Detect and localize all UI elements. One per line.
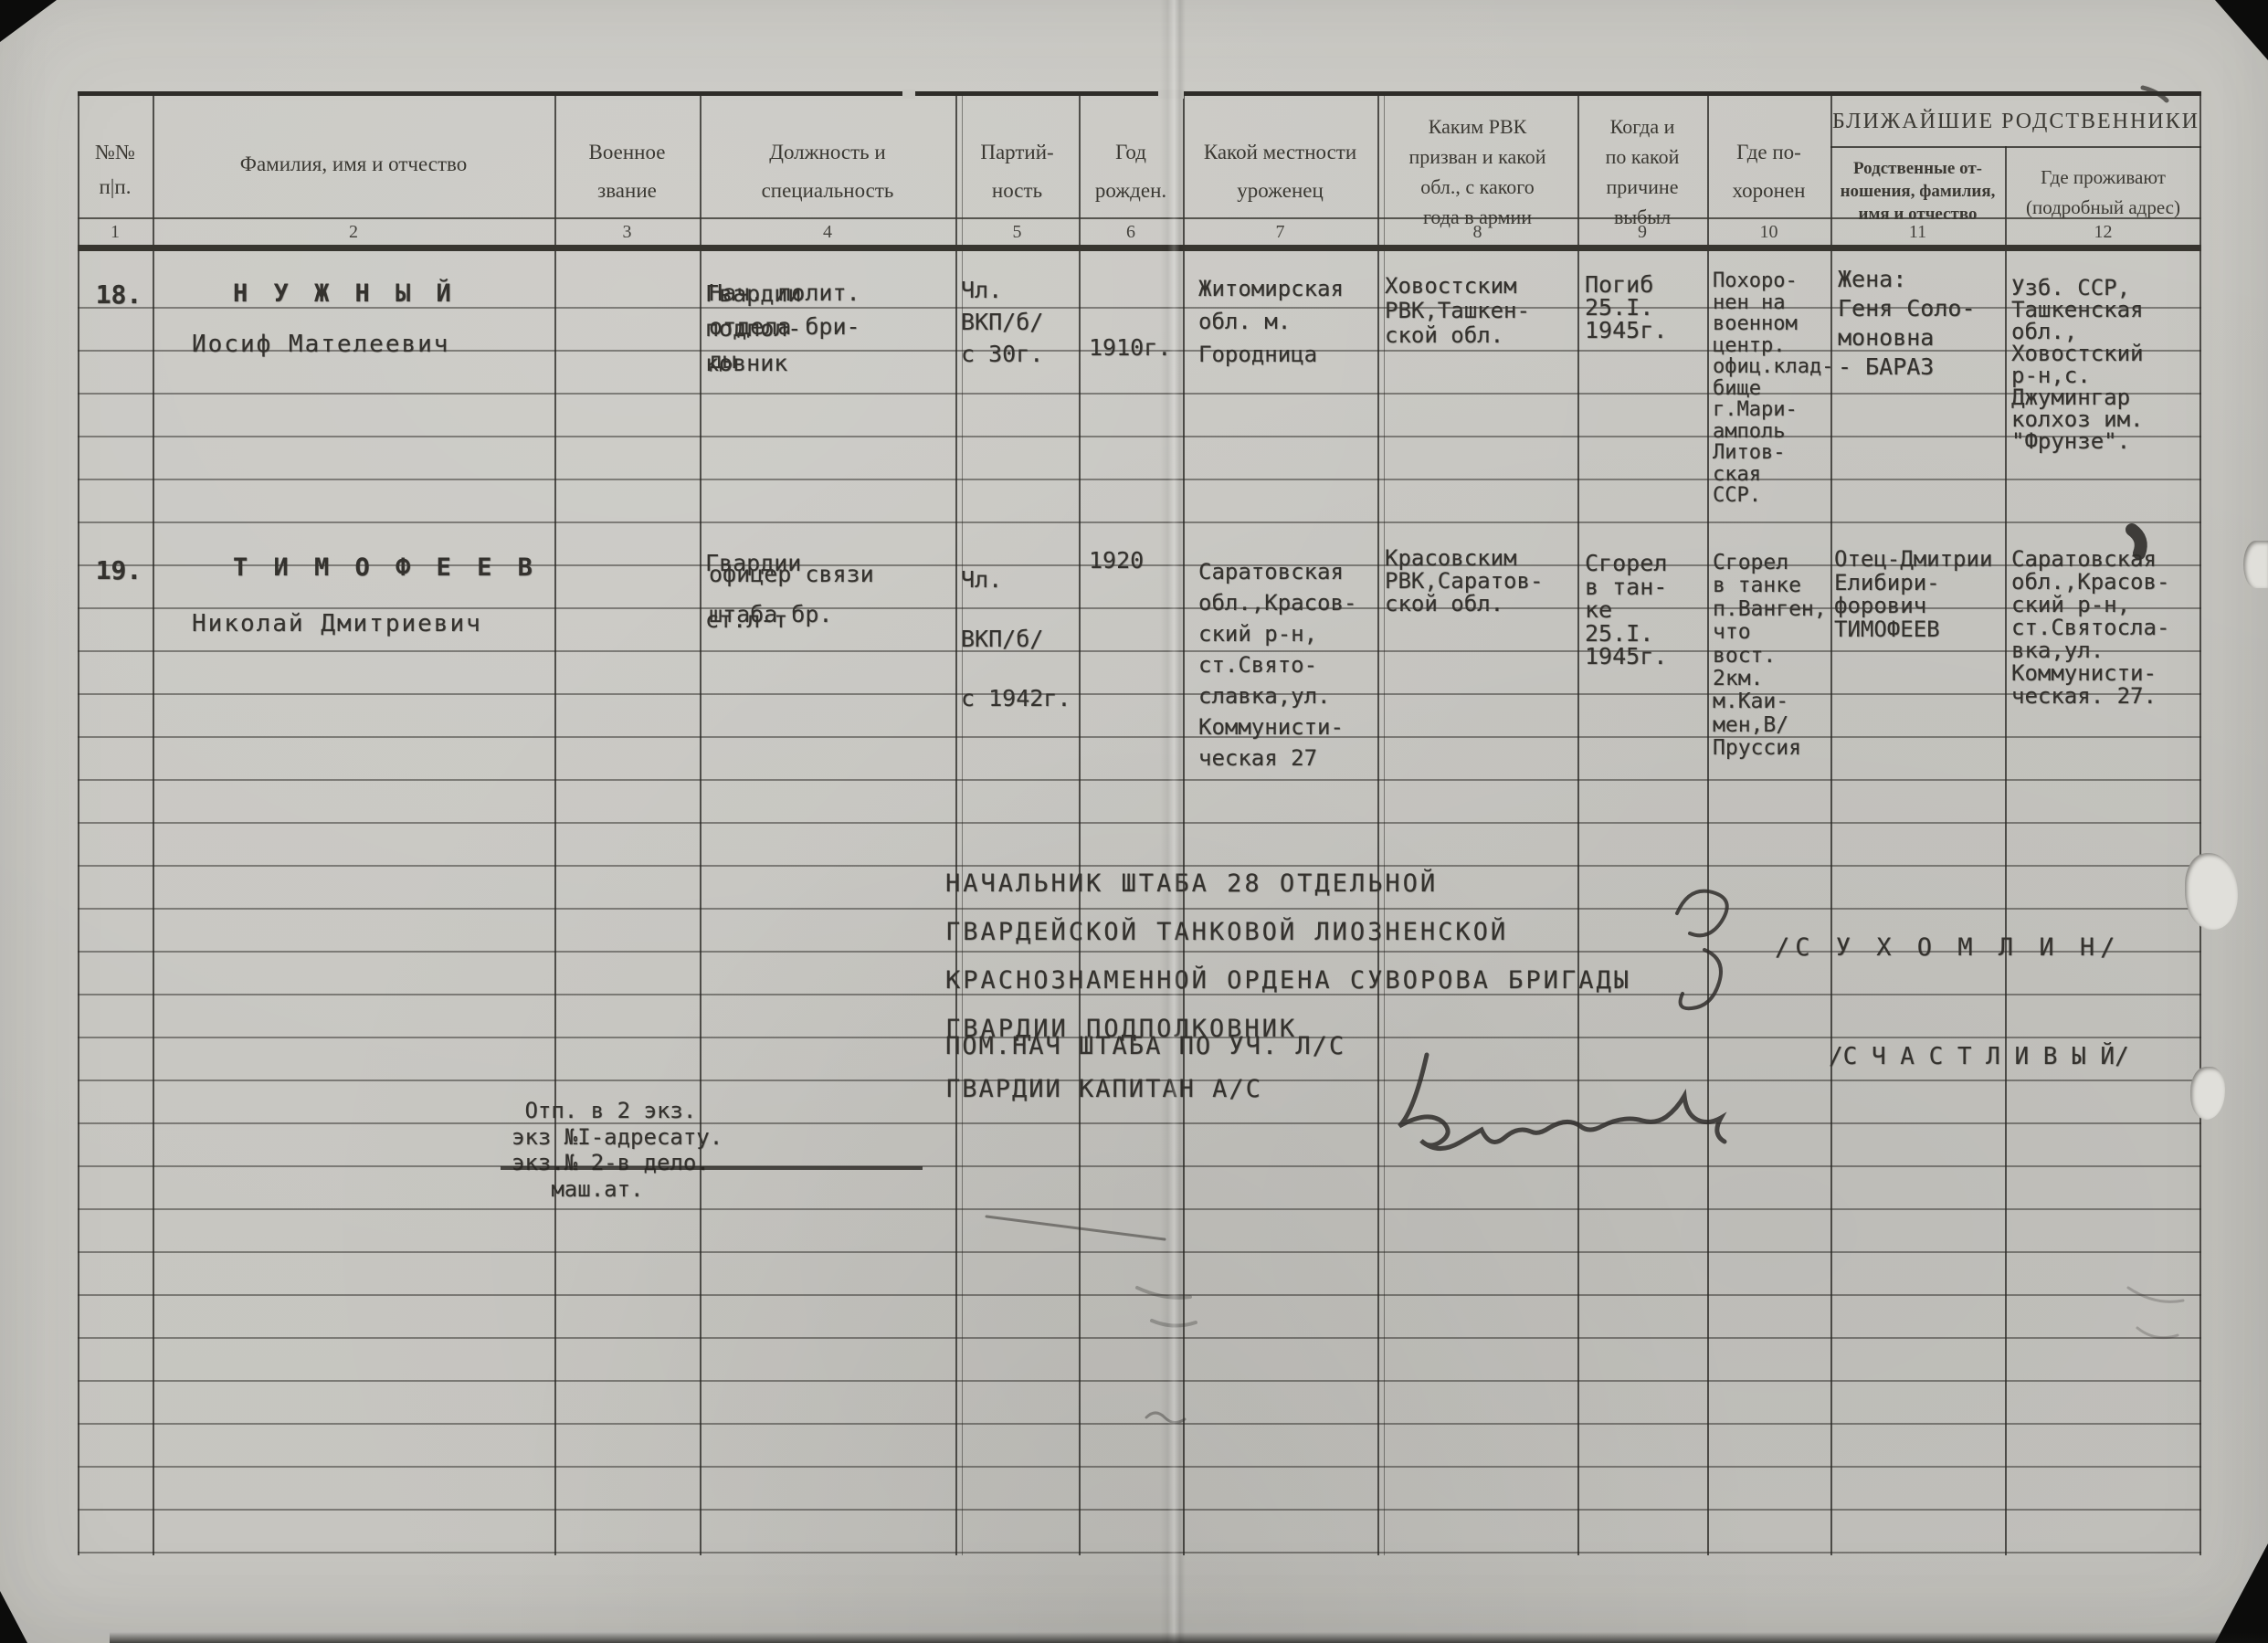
column-divider [955, 92, 957, 1555]
relatives-group-underline [1830, 146, 2201, 148]
signature-name-sukhomlin: /С У Х О М Л И Н/ [1775, 933, 2120, 962]
column-number: 9 [1577, 222, 1707, 243]
copies-note: Отп. в 2 экз. экз №I-адресату. экз.№ 2-в… [512, 1098, 723, 1202]
row-number: 18. [87, 279, 151, 310]
col-header-party: Партий- ность [955, 133, 1079, 210]
paper-crease [1160, 0, 1186, 1643]
position: офицер связи штаба бр. [709, 554, 874, 635]
scan-corner-shadow [2215, 0, 2268, 60]
scan-corner-shadow [0, 1591, 27, 1643]
draft-office: Ховостским РВК,Ташкен- ской обл. [1385, 274, 1530, 348]
party-membership: Чл. ВКП/б/ с 30г. [961, 274, 1043, 370]
col-header-address: Где проживают (подробный адрес) [2009, 163, 2198, 223]
date-cause: Погиб 25.I. 1945г. [1585, 273, 1667, 342]
party-membership: Чл. ВКП/б/ с 1942г. [961, 550, 1071, 728]
scan-corner-shadow [2215, 1543, 2268, 1643]
note-underline [501, 1166, 923, 1170]
relatives: Жена: Геня Соло- моновна - БАРАЗ [1838, 265, 1976, 382]
header-heavy-rule [78, 245, 2201, 251]
col-header-relatives: Родственные от- ношения, фамилия, имя и … [1834, 157, 2001, 226]
given-name: Николай Дмитриевич [192, 610, 482, 637]
col-header-buried: Где по- хоронен [1707, 133, 1830, 210]
signature-title-assistant: ПОМ.НАЧ ШТАБА ПО УЧ. Л/С ГВАРДИИ КАПИТАН… [945, 1025, 1345, 1111]
line-break [902, 90, 915, 99]
column-divider [1079, 92, 1081, 1555]
column-divider [700, 92, 701, 1555]
scanned-page: №№ п|п. Фамилия, имя и отчество Военное … [0, 0, 2268, 1643]
draft-office: Красовским РВК,Саратов- ской обл. [1385, 547, 1543, 616]
row-number: 19. [87, 555, 151, 585]
col-header-number: №№ п|п. [78, 135, 153, 205]
birth-year: 1910г. [1089, 334, 1171, 361]
column-divider [1707, 92, 1709, 1555]
relatives-address: Саратовская обл.,Красов- ский р-н, ст.Св… [2011, 548, 2169, 708]
relatives-address: Узб. ССР, Ташкенская обл., Ховостский р-… [2011, 277, 2144, 452]
col-header-rank: Военное звание [554, 133, 700, 210]
table-border-left [78, 92, 79, 1555]
burial-place: Похоро- нен на военном центр. офиц.клад-… [1713, 270, 1833, 507]
column-number: 7 [1183, 222, 1377, 243]
paper-tear [2190, 1067, 2225, 1120]
column-number: 8 [1377, 222, 1577, 243]
relatives-group-header: БЛИЖАЙШИЕ РОДСТВЕННИКИ [1830, 106, 2201, 137]
relatives: Отец-Дмитрии Елибири- форович ТИМОФЕЕВ [1834, 548, 1992, 641]
scan-corner-shadow [0, 0, 57, 42]
column-divider [153, 92, 154, 1555]
place-of-origin: Житомирская обл. м. Городница [1198, 272, 1344, 371]
page-bottom-edge [110, 1632, 2268, 1643]
column-number: 2 [153, 222, 554, 243]
column-number: 5 [955, 222, 1079, 243]
surname: Т И М О Ф Е Е В [233, 553, 538, 582]
table-border-top [78, 91, 2201, 96]
column-divider [554, 92, 556, 1555]
position: Нач. полит. отдела бри- ды [709, 276, 860, 377]
column-number: 12 [2005, 222, 2201, 243]
column-number: 3 [554, 222, 700, 243]
birth-year: 1920 [1089, 547, 1144, 574]
col-header-name: Фамилия, имя и отчество [153, 149, 554, 180]
col-header-origin: Какой местности уроженец [1183, 133, 1377, 210]
date-cause: Сгорел в тан- ке 25.I. 1945г. [1585, 552, 1667, 669]
place-of-origin: Саратовская обл.,Красов- ский р-н, ст.Св… [1198, 556, 1356, 774]
col-header-rvk: Каким РВК призван и какой обл., с какого… [1377, 111, 1577, 232]
given-name: Иосиф Мателеевич [192, 331, 449, 358]
col-header-cause: Когда и по какой причине выбыл [1577, 111, 1707, 232]
surname: Н У Ж Н Ы Й [233, 279, 457, 308]
signature-name-schastlivy: /С Ч А С Т Л И В Ы Й/ [1829, 1043, 2129, 1070]
column-number: 1 [78, 222, 153, 243]
column-divider [2005, 146, 2007, 1555]
column-number: 4 [700, 222, 955, 243]
table-border-right [2199, 92, 2201, 1555]
column-divider [1377, 92, 1379, 1555]
paper-tear [2185, 853, 2238, 930]
paper-tear [2243, 541, 2268, 588]
burial-place: Сгорел в танке п.Ванген, что вост. 2км. … [1713, 552, 1827, 761]
column-divider [1577, 92, 1579, 1555]
column-number: 11 [1830, 222, 2005, 243]
col-header-position: Должность и специальность [700, 133, 955, 210]
column-number: 10 [1707, 222, 1830, 243]
